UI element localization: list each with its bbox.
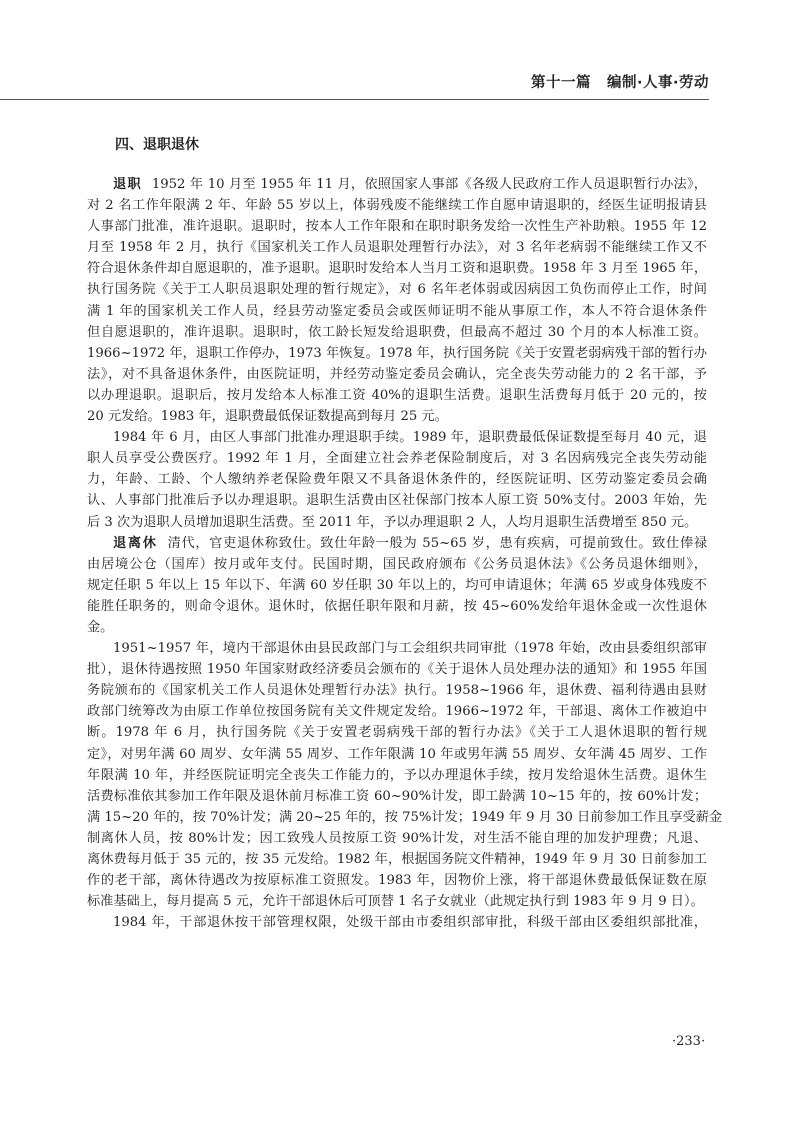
run-in-heading: 退职 (113, 177, 142, 192)
text-line: 断。1978 年 6 月，执行国务院《关于安置老弱病残干部的暂行办法》《关于工人… (87, 722, 707, 743)
text-line: 退职1952 年 10 月至 1955 年 11 月，依照国家人事部《各级人民政… (87, 174, 707, 195)
paragraph: 1984 年，干部退休按干部管理权限，处级干部由市委组织部审批，科级干部由区委组… (87, 912, 707, 933)
text-line: 批），退休待遇按照 1950 年国家财政经济委员会颁布的《关于退休人员处理办法的… (87, 659, 707, 680)
body-text: 退职1952 年 10 月至 1955 年 11 月，依照国家人事部《各级人民政… (87, 174, 707, 933)
text-line: 退离休清代，官吏退休称致仕。致仕年龄一般为 55~65 岁，患有疾病，可提前致仕… (87, 533, 707, 554)
text-line: 年限满 10 年，并经医院证明完全丧失工作能力的，予以办理退休手续，按月发给退休… (87, 765, 707, 786)
text-line: 满 15~20 年的，按 70%计发；满 20~25 年的，按 75%计发；19… (87, 807, 707, 828)
run-in-heading: 退离休 (113, 536, 158, 551)
header-rule (0, 99, 709, 100)
text-line: 对 2 名工作年限满 2 年、年龄 55 岁以上，体弱残废不能继续工作自愿申请退… (87, 195, 707, 216)
text-line: 但自愿退职的，准许退职。退职时，依工龄长短发给退职费，但最高不超过 30 个月的… (87, 322, 707, 343)
text-line: 1984 年，干部退休按干部管理权限，处级干部由市委组织部审批，科级干部由区委组… (87, 912, 707, 933)
text-line: 制离休人员，按 80%计发；因工致残人员按原工资 90%计发，对生活不能自理的加… (87, 828, 707, 849)
text-line: 20 元发给。1983 年，退职费最低保证数提高到每月 25 元。 (87, 406, 707, 427)
chapter-title: 编制·人事·劳动 (607, 75, 709, 91)
text-line: 职人员享受公费医疗。1992 年 1 月，全面建立社会养老保险制度后，对 3 名… (87, 448, 707, 469)
text-line: 认、人事部门批准后予以办理退职。退职生活费由区社保部门按本人原工资 50%支付。… (87, 490, 707, 511)
text-line: 满 1 年的国家机关工作人员，经县劳动鉴定委员会或医师证明不能从事原工作，本人不… (87, 301, 707, 322)
text-line: 政部门统筹改为由原工作单位按国务院有关文件规定发给。1966~1972 年，干部… (87, 701, 707, 722)
text-line: 标准基础上，每月提高 5 元，允许干部退休后可顶替 1 名子女就业（此规定执行到… (87, 891, 707, 912)
paragraph: 1984 年 6 月，由区人事部门批准办理退职手续。1989 年，退职费最低保证… (87, 427, 707, 532)
text-line: 符合退休条件却自愿退职的，准予退职。退职时发给本人当月工资和退职费。1958 年… (87, 258, 707, 279)
text-line: 后 3 次为退职人员增加退职生活费。至 2011 年，予以办理退职 2 人，人均… (87, 512, 707, 533)
text-line: 定》，对男年满 60 周岁、女年满 55 周岁、工作年限满 10 年或男年满 5… (87, 744, 707, 765)
part-label: 第十一篇 (531, 75, 591, 91)
text-line: 务院颁布的《国家机关工作人员退休处理暂行办法》执行。1958~1966 年，退休… (87, 680, 707, 701)
paragraph: 1951~1957 年，境内干部退休由县民政部门与工会组织共同审批（1978 年… (87, 638, 707, 912)
page-number: ·233· (672, 1034, 705, 1049)
text-line: 力，年龄、工龄、个人缴纳养老保险费年限又不具备退休条件的，经医院证明、区劳动鉴定… (87, 469, 707, 490)
text-line: 执行国务院《关于工人职员退职处理的暂行规定》，对 6 名年老体弱或因病因工负伤而… (87, 279, 707, 300)
running-header: 第十一篇编制·人事·劳动 (0, 71, 709, 92)
text-line: 以办理退职。退职后，按月发给本人标准工资 40%的退职生活费。退职生活费每月低于… (87, 385, 707, 406)
text-line: 离休费每月低于 35 元的，按 35 元发给。1982 年，根据国务院文件精神，… (87, 849, 707, 870)
text-line: 规定任职 5 年以上 15 年以下、年满 60 岁任职 30 年以上的，均可申请… (87, 575, 707, 596)
paragraph-resignation: 退职1952 年 10 月至 1955 年 11 月，依照国家人事部《各级人民政… (87, 174, 707, 427)
text-line: 1951~1957 年，境内干部退休由县民政部门与工会组织共同审批（1978 年… (87, 638, 707, 659)
text-line: 由居境公仓（国库）按月或年支付。民国时期，国民政府颁布《公务员退休法》《公务员退… (87, 554, 707, 575)
text-line: 能胜任职务的，则命令退休。退休时，依据任职年限和月薪，按 45~60%发给年退休… (87, 596, 707, 617)
text-line: 1984 年 6 月，由区人事部门批准办理退职手续。1989 年，退职费最低保证… (87, 427, 707, 448)
text-line: 金。 (87, 617, 707, 638)
text-line: 法》，对不具备退休条件，由医院证明，并经劳动鉴定委员会确认，完全丧失劳动能力的 … (87, 364, 707, 385)
paragraph-retirement: 退离休清代，官吏退休称致仕。致仕年龄一般为 55~65 岁，患有疾病，可提前致仕… (87, 533, 707, 638)
text-line: 作的老干部，离休待遇改为按原标准工资照发。1983 年，因物价上涨，将干部退休费… (87, 870, 707, 891)
text-line: 月至 1958 年 2 月，执行《国家机关工作人员退职处理暂行办法》，对 3 名… (87, 237, 707, 258)
text-line: 人事部门批准，准许退职。退职时，按本人工作年限和在职时职务发给一次性生产补助粮。… (87, 216, 707, 237)
text-line: 活费标准依其参加工作年限及退休前月标准工资 60~90%计发，即工龄满 10~1… (87, 786, 707, 807)
text-line: 1966~1972 年，退职工作停办，1973 年恢复。1978 年，执行国务院… (87, 343, 707, 364)
section-title: 四、退职退休 (115, 134, 199, 154)
